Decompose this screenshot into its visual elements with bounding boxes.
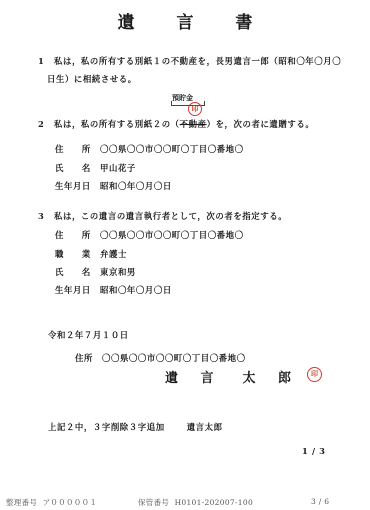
field-value: 弁護士 — [100, 249, 127, 259]
clause-2-birthdate: 生年月日昭和〇年〇月〇日 — [55, 180, 172, 192]
field-value: 〇〇県〇〇市〇〇町〇丁目〇番地〇 — [100, 144, 244, 154]
clause-number: 1 — [38, 56, 54, 66]
signature-given-name: 太 郎 — [243, 371, 301, 386]
field-label: 住 所 — [55, 143, 100, 155]
storage-value: H0101-202007-100 — [175, 498, 253, 507]
clause-2-address: 住 所〇〇県〇〇市〇〇町〇丁目〇番地〇 — [55, 143, 244, 155]
clause-2-name: 氏 名甲山花子 — [55, 162, 136, 174]
amendment-note: 上記２中，３字削除３字追加 — [48, 422, 165, 432]
amendment-note-line: 上記２中，３字削除３字追加遺言太郎 — [48, 421, 223, 433]
amendment-signer: 遺言太郎 — [187, 422, 223, 432]
field-label: 氏 名 — [55, 266, 100, 278]
clause-text-before: 私は，私の所有する別紙２の（ — [54, 119, 180, 129]
clause-number: 2 — [38, 119, 54, 129]
correction-seal-icon: 印 — [188, 102, 202, 116]
reference-number: 整理番号 ア０００００１ — [6, 497, 97, 508]
storage-number: 保管番号 H0101-202007-100 — [138, 497, 253, 508]
signature-family-name: 遺 言 — [165, 371, 223, 386]
struck-text: 不動産 — [180, 119, 207, 129]
clause-1-line-2: 日生）に相続させる。 — [47, 73, 137, 85]
clause-3-line: 3私は，この遺言の遺言執行者として，次の者を指定する。 — [38, 210, 287, 222]
clause-3-occupation: 職 業弁護士 — [55, 248, 127, 260]
will-date: 令和２年７月１０日 — [48, 329, 129, 341]
storage-label: 保管番号 — [138, 498, 169, 507]
clause-text: 私は，私の所有する別紙１の不動産を，長男遺言一郎（昭和〇年〇月〇 — [54, 56, 341, 66]
footer-page: 3 / 6 — [311, 497, 329, 506]
signature-seal-icon: 印 — [307, 367, 322, 382]
clause-3-address: 住 所〇〇県〇〇市〇〇町〇丁目〇番地〇 — [55, 229, 244, 241]
field-label: 生年月日 — [55, 180, 100, 192]
clause-2-line: 2私は，私の所有する別紙２の（不動産）を，次の者に遺贈する。 — [38, 118, 314, 130]
field-value: 東京和男 — [100, 267, 136, 277]
field-value: 〇〇県〇〇市〇〇町〇丁目〇番地〇 — [100, 230, 244, 240]
document-title: 遺 言 書 — [0, 8, 370, 33]
reference-label: 整理番号 — [6, 498, 37, 507]
clause-text-after: ）を，次の者に遺贈する。 — [207, 119, 315, 129]
field-label: 氏 名 — [55, 162, 100, 174]
clause-3-name: 氏 名東京和男 — [55, 266, 136, 278]
field-value: 昭和〇年〇月〇日 — [100, 285, 172, 295]
field-label: 生年月日 — [55, 284, 100, 296]
clause-3-birthdate: 生年月日昭和〇年〇月〇日 — [55, 284, 172, 296]
page-indicator: 1 / 3 — [302, 446, 326, 456]
reference-value: ア０００００１ — [43, 498, 98, 507]
testator-address-line: 住所〇〇県〇〇市〇〇町〇丁目〇番地〇 — [75, 352, 246, 364]
clause-number: 3 — [38, 211, 54, 221]
field-label: 職 業 — [55, 248, 100, 260]
testator-address-label: 住所 — [75, 352, 102, 364]
clause-text: 私は，この遺言の遺言執行者として，次の者を指定する。 — [54, 211, 287, 221]
field-value: 昭和〇年〇月〇日 — [100, 181, 172, 191]
field-value: 甲山花子 — [100, 163, 136, 173]
field-label: 住 所 — [55, 229, 100, 241]
testator-signature: 遺 言太 郎 — [165, 367, 300, 386]
testator-address: 〇〇県〇〇市〇〇町〇丁目〇番地〇 — [102, 353, 246, 363]
clause-1-line-1: 1私は，私の所有する別紙１の不動産を，長男遺言一郎（昭和〇年〇月〇 — [38, 55, 341, 67]
